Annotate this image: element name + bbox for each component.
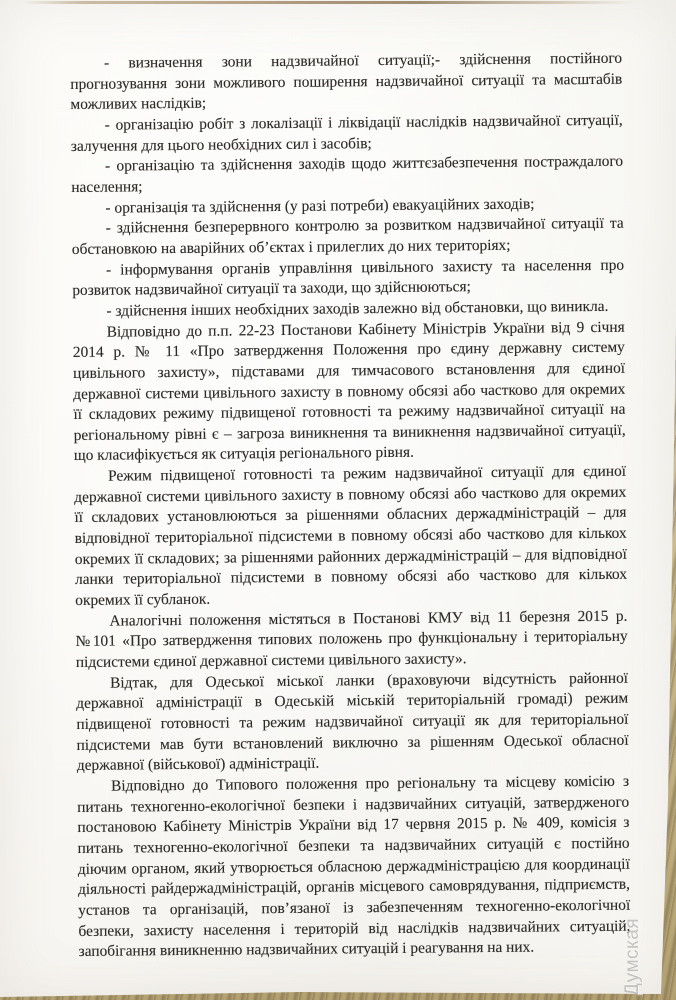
paper-top-edge-line xyxy=(22,1,634,4)
paragraph: - визначення зони надзвичайної ситуації;… xyxy=(70,49,623,116)
paragraph: - організацію робіт з локалізації і лікв… xyxy=(71,111,623,158)
paragraph: Відповідно до п.п. 22-23 Постанови Кабін… xyxy=(73,317,626,467)
paragraph: - інформування органів управління цивіль… xyxy=(72,255,624,302)
paragraph: Відтак, для Одеської міської ланки (врах… xyxy=(76,668,629,777)
document-page: - визначення зони надзвичайної ситуації;… xyxy=(0,0,676,1000)
paragraph: Відповідно до Типового положення про рег… xyxy=(77,772,631,963)
photographed-document: - визначення зони надзвичайної ситуації;… xyxy=(0,0,676,1000)
watermark: Думская xyxy=(622,904,644,996)
document-text: - визначення зони надзвичайної ситуації;… xyxy=(70,49,631,963)
paragraph: - організацію та здійснення заходів щодо… xyxy=(71,152,623,199)
paragraph: Аналогічні положення містяться в Постано… xyxy=(75,606,628,673)
paragraph: - здійснення безперервного контролю за р… xyxy=(72,214,624,261)
paragraph: Режим підвищеної готовності та режим над… xyxy=(74,462,627,612)
